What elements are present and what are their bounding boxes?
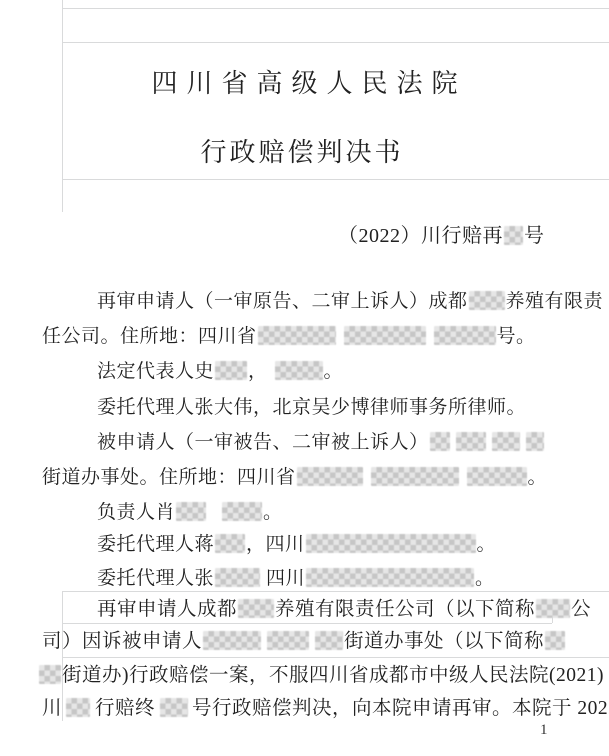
party-line-4-text: 委托代理人张大伟，北京吴少博律师事务所律师。: [97, 397, 526, 418]
body-line-3-text: 街道办)行政赔偿一案，不服四川省成都市中级人民法院(2021): [62, 665, 604, 686]
body-line-2-text-2: 街道办事处（以下简称: [344, 631, 544, 652]
redaction-block: [297, 467, 363, 486]
page-number: 1: [540, 722, 548, 739]
party-line-8: 委托代理人蒋，四川。: [42, 533, 609, 557]
judgment-page: 四川省高级人民法院 行政赔偿判决书 （2022）川行赔再号 再审申请人（一审原告…: [0, 0, 609, 756]
redaction-block: [160, 698, 188, 717]
table-border-paragraph-top: [62, 591, 609, 592]
party-line-9: 委托代理人张四川。: [42, 567, 609, 591]
party-line-8-text-2: ，四川: [246, 534, 305, 555]
party-line-9-text-3: 。: [475, 568, 495, 589]
party-line-1: 再审申请人（一审原告、二审上诉人）成都养殖有限责: [42, 290, 609, 314]
redaction-block: [526, 432, 544, 451]
party-line-2-text-1: 任公司。住所地：四川省: [42, 326, 257, 347]
body-line-2-text-1: 司）因诉被申请人: [42, 631, 202, 652]
redaction-block: [176, 502, 206, 521]
redaction-block: [545, 631, 565, 650]
body-line-4-text-3: 号行政赔偿判决，向本院申请再审。本院于 2022: [192, 698, 609, 719]
party-line-2-text-2: 号。: [497, 326, 536, 347]
redaction-block: [203, 631, 261, 650]
redaction-block: [536, 599, 570, 618]
party-line-7-text-1: 负责人肖: [97, 502, 175, 523]
redaction-block: [66, 698, 90, 717]
table-border-paragraph-mid-1: [62, 623, 552, 624]
body-line-4-text-1: 川: [42, 698, 62, 719]
body-line-1-text-2: 养殖有限责任公司（以下简称: [275, 599, 535, 620]
redaction-block: [315, 631, 343, 650]
redaction-block: [215, 568, 260, 587]
redaction-block: [306, 568, 474, 587]
redaction-block: [430, 432, 450, 451]
redaction-block: [469, 291, 505, 310]
body-line-4: 川行赔终号行政赔偿判决，向本院申请再审。本院于 2022: [42, 697, 608, 721]
party-line-8-text-1: 委托代理人蒋: [97, 534, 214, 555]
redaction-block: [222, 502, 262, 521]
party-line-2: 任公司。住所地：四川省号。: [42, 325, 608, 349]
body-line-4-text-2: 行赔终: [95, 698, 155, 719]
party-line-6: 街道办事处。住所地：四川省。: [42, 466, 608, 490]
party-line-9-text-1: 委托代理人张: [97, 568, 214, 589]
party-line-6-text-2: 。: [528, 467, 548, 488]
body-line-1: 再审申请人成都养殖有限责任公司（以下简称公: [42, 598, 609, 622]
table-border-top-2: [62, 42, 609, 43]
redaction-block: [215, 361, 247, 380]
party-line-8-text-3: 。: [477, 534, 497, 555]
redaction-block: [371, 467, 459, 486]
party-line-6-text-1: 街道办事处。住所地：四川省: [42, 467, 296, 488]
table-border-paragraph-mid-2: [62, 657, 609, 658]
redaction-block: [258, 326, 336, 345]
party-line-7-text-2: 。: [263, 502, 283, 523]
case-number-prefix: （2022）川行赔再: [338, 225, 503, 247]
redaction-block: [275, 361, 323, 380]
party-line-9-text-2: 四川: [266, 568, 305, 589]
party-line-3: 法定代表人史，。: [42, 360, 609, 384]
redaction-block: [344, 326, 426, 345]
court-title: 四川省高级人民法院: [0, 63, 609, 100]
party-line-1-text-2: 养殖有限责: [506, 291, 604, 312]
redaction-block: [504, 226, 523, 245]
redaction-block: [456, 432, 486, 451]
party-line-1-text-1: 再审申请人（一审原告、二审上诉人）成都: [97, 291, 468, 312]
doc-type-title: 行政赔偿判决书: [0, 132, 604, 169]
redaction-block: [215, 534, 245, 553]
redaction-block: [434, 326, 496, 345]
body-line-2: 司）因诉被申请人街道办事处（以下简称: [42, 630, 608, 654]
party-line-7: 负责人肖。: [42, 501, 609, 525]
table-border-vertical-top: [62, 0, 63, 212]
table-border-below-title: [62, 179, 609, 180]
party-line-3-text-2: ，: [248, 361, 268, 382]
party-line-3-text-1: 法定代表人史: [97, 361, 214, 382]
redaction-block: [306, 534, 476, 553]
body-line-1-text-1: 再审申请人成都: [97, 599, 237, 620]
body-line-1-text-3: 公: [571, 599, 591, 620]
redaction-block: [238, 599, 274, 618]
redaction-block: [267, 631, 309, 650]
party-line-5-text: 被申请人（一审被告、二审被上诉人）: [97, 432, 429, 453]
redaction-block: [467, 467, 527, 486]
case-number: （2022）川行赔再号: [338, 219, 545, 248]
party-line-4: 委托代理人张大伟，北京吴少博律师事务所律师。: [42, 396, 609, 420]
redaction-block: [39, 665, 61, 684]
party-line-3-text-3: 。: [324, 361, 344, 382]
body-line-3: 街道办)行政赔偿一案，不服四川省成都市中级人民法院(2021): [38, 664, 604, 688]
redaction-block: [492, 432, 520, 451]
table-border-top-1: [62, 8, 609, 9]
party-line-5: 被申请人（一审被告、二审被上诉人）: [42, 431, 609, 455]
case-number-suffix: 号: [524, 225, 545, 247]
